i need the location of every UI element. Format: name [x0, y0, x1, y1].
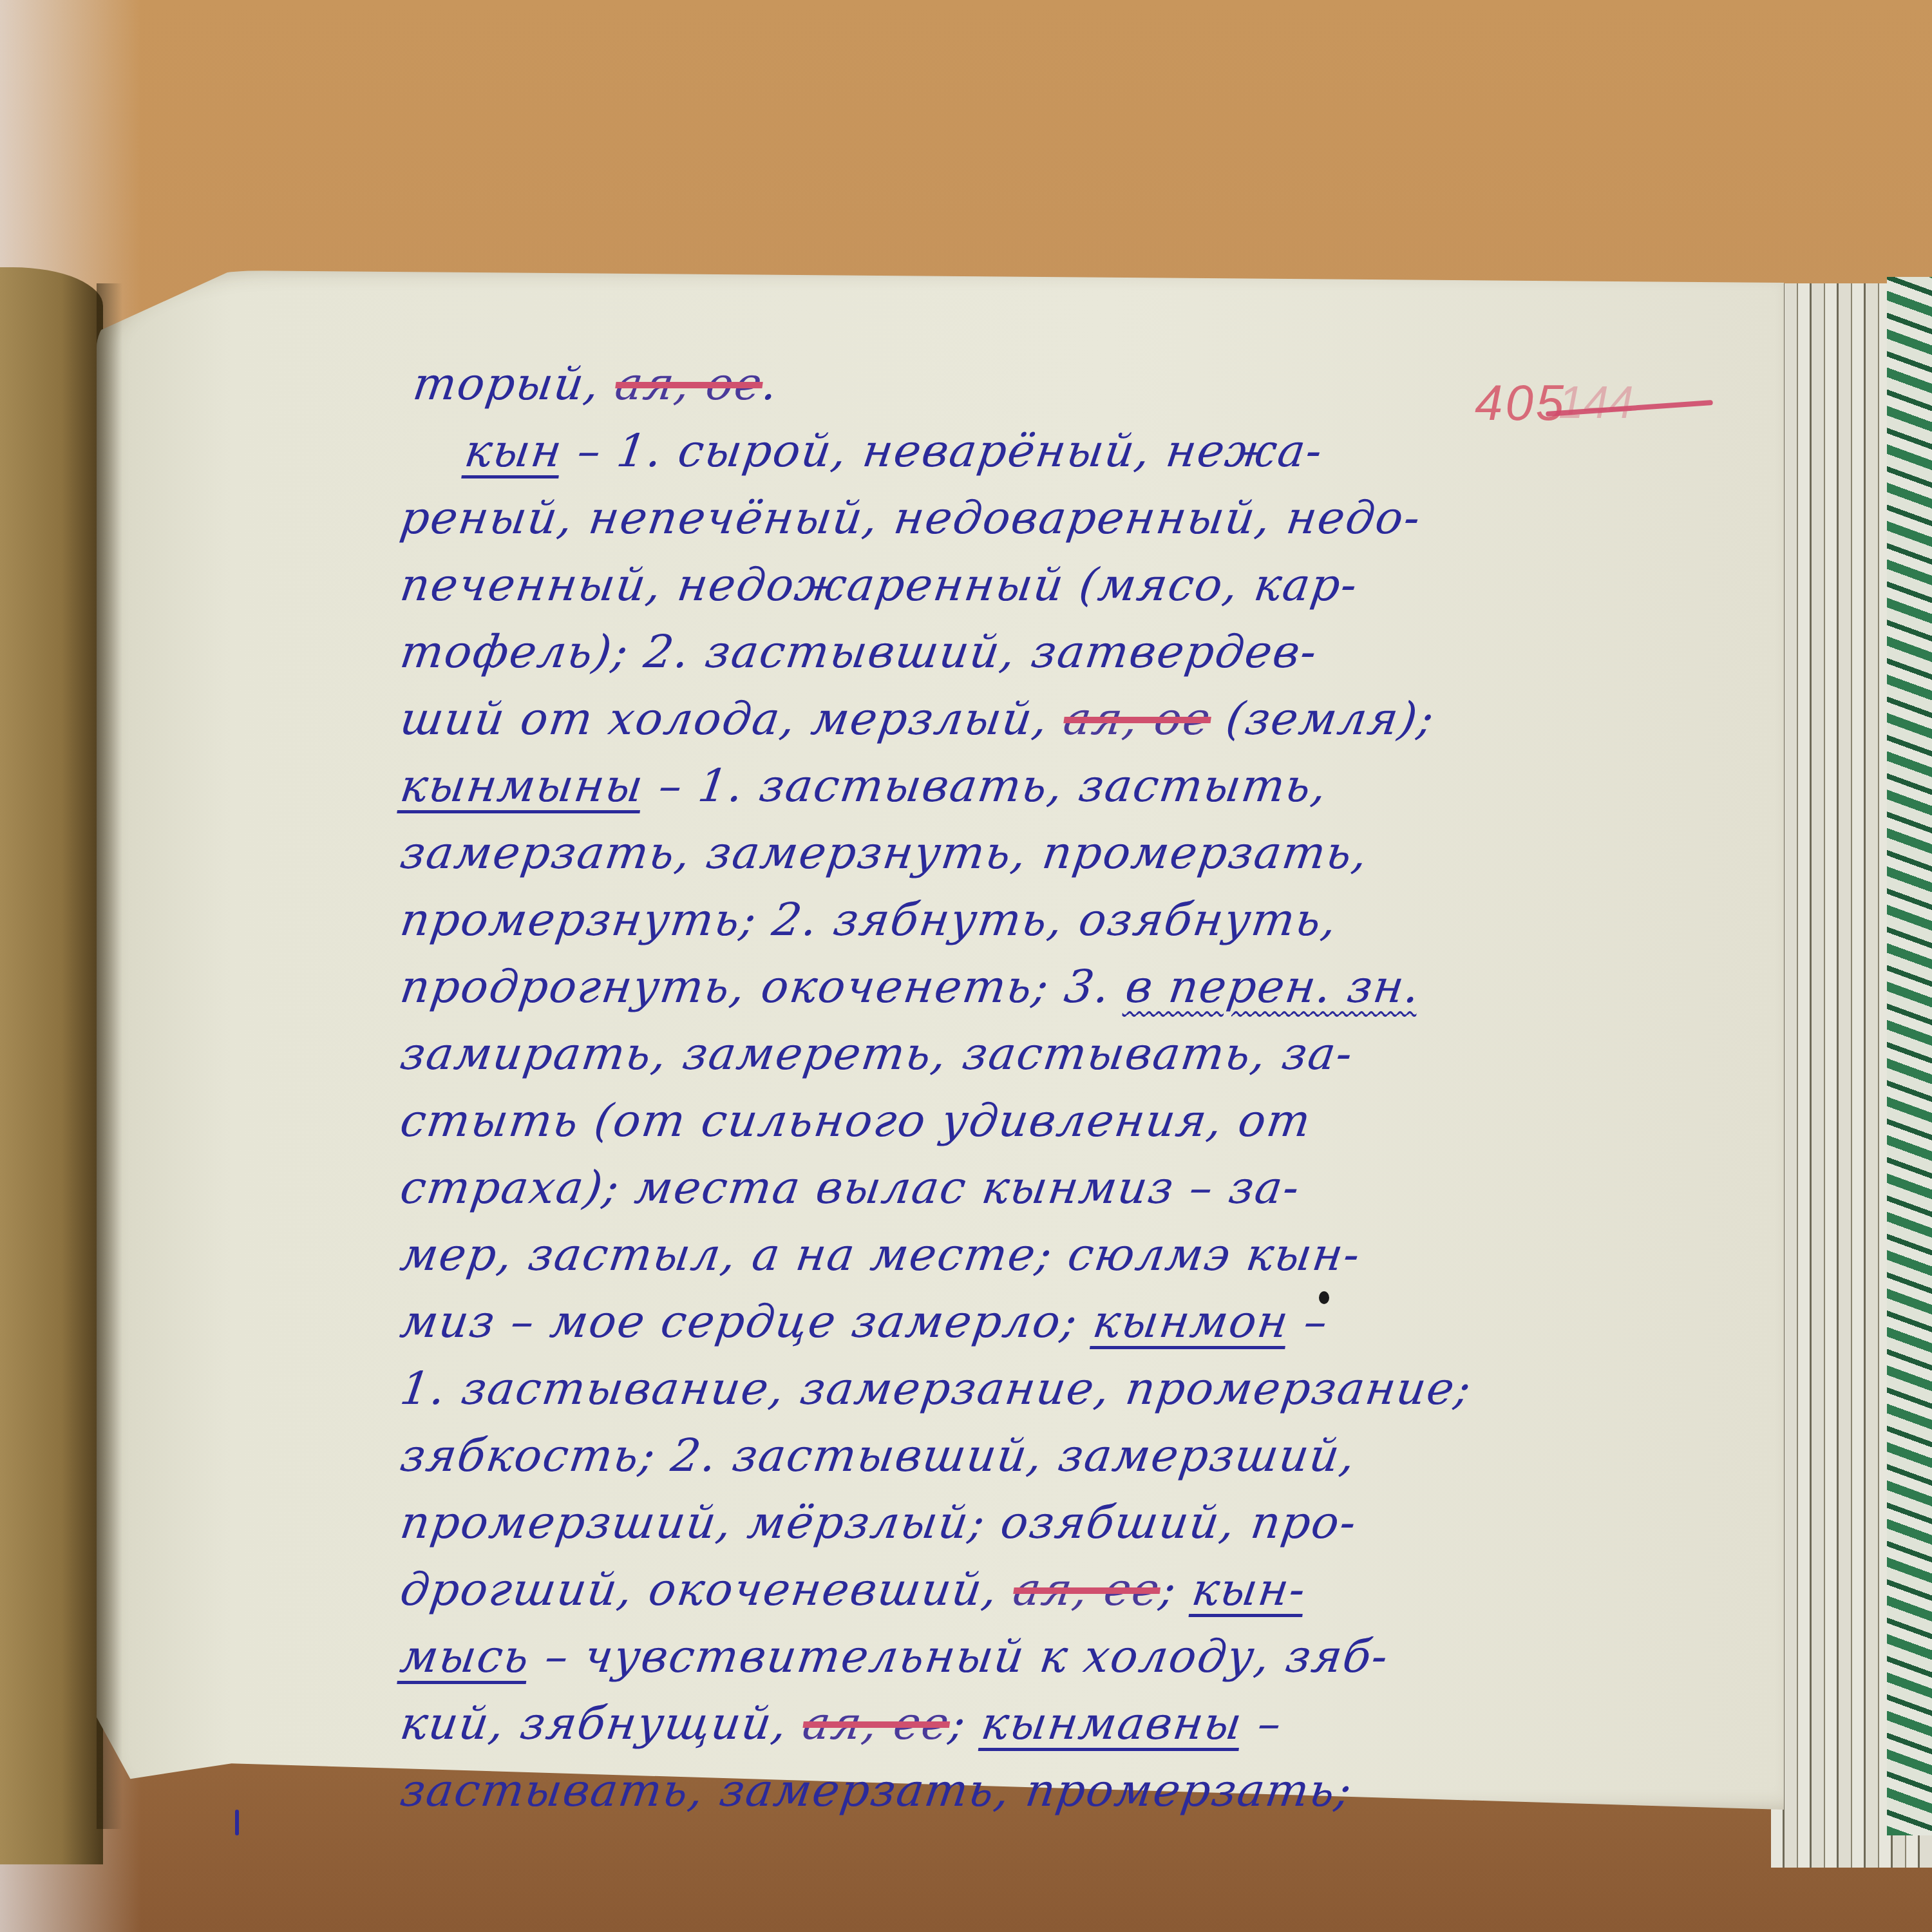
- text-line: страха); места вылас кынмиз – за-: [395, 1164, 1783, 1231]
- text-line: мысь – чувствительный к холоду, зяб-: [395, 1633, 1783, 1700]
- headword: мысь: [397, 1630, 533, 1683]
- gutter-shadow: [97, 283, 122, 1829]
- text-segment: торый: [410, 357, 588, 410]
- text-line: застывать, замерзать, промерзать;: [395, 1767, 1783, 1834]
- text-segment: промерзший, мёрзлый; озябший, про-: [397, 1496, 1360, 1549]
- text-segment: реный, непечёный, недоваренный, недо-: [397, 491, 1424, 544]
- text-line: зябкость; 2. застывший, замерзший,: [395, 1432, 1783, 1499]
- text-line: стыть (от сильного удивления, от: [395, 1097, 1783, 1164]
- text-segment: замерзать, замерзнуть, промерзать,: [397, 826, 1372, 879]
- text-segment: – 1. сырой, неварёный, нежа-: [558, 424, 1326, 477]
- text-line: ший от холода, мерзлый, ая, ое (земля);: [395, 696, 1783, 762]
- struck-text: ая, ее: [1010, 1563, 1164, 1616]
- text-line: кын – 1. сырой, неварёный, нежа-: [459, 428, 1783, 495]
- text-line: мер, застыл, а на месте; сюлмэ кын-: [395, 1231, 1783, 1298]
- headword: кын: [461, 424, 565, 477]
- text-segment: кий, зябнущий,: [397, 1697, 807, 1750]
- text-line: тофель); 2. застывший, затвердев-: [395, 629, 1783, 696]
- text-line: кий, зябнущий, ая, ее; кынмавны –: [395, 1700, 1783, 1767]
- text-segment: промерзнуть; 2. зябнуть, озябнуть,: [397, 893, 1341, 946]
- text-line: 1. застывание, замерзание, промерзание;: [395, 1365, 1783, 1432]
- text-line: промерзший, мёрзлый; озябший, про-: [395, 1499, 1783, 1566]
- handwritten-text-block: торый, ая, ое. кын – 1. сырой, неварёный…: [412, 361, 1777, 1834]
- headword: кынмыны: [397, 759, 647, 812]
- text-segment: – чувствительный к холоду, зяб-: [526, 1630, 1392, 1683]
- text-segment: мер, застыл, а на месте; сюлмэ кын-: [397, 1228, 1364, 1281]
- text-segment: – 1. застывать, застыть,: [640, 759, 1331, 812]
- text-segment: страха); места вылас кынмиз – за-: [397, 1161, 1303, 1214]
- text-segment: замирать, замереть, застывать, за-: [397, 1027, 1356, 1080]
- text-segment: дрогший, окоченевший,: [397, 1563, 1018, 1616]
- text-segment: ший от холода, мерзлый,: [397, 692, 1068, 745]
- struck-text: ая, ее: [800, 1697, 954, 1750]
- text-line: печенный, недожаренный (мясо, кар-: [395, 562, 1783, 629]
- text-segment: –: [1285, 1295, 1332, 1348]
- text-line: миз – мое сердце замерло; кынмон –: [395, 1298, 1783, 1365]
- usage-note: в перен. зн.: [1122, 960, 1424, 1013]
- headword: кынмон: [1090, 1295, 1293, 1348]
- text-segment: (земля);: [1207, 692, 1439, 745]
- headword: кынмавны: [978, 1697, 1246, 1750]
- text-segment: тофель); 2. застывший, затвердев-: [397, 625, 1321, 678]
- text-segment: застывать, замерзать, промерзать;: [397, 1764, 1356, 1817]
- struck-text: ая, ое: [1061, 692, 1215, 745]
- struck-text: ая, ое: [612, 357, 766, 410]
- headword: кын-: [1189, 1563, 1310, 1616]
- text-line: дрогший, окоченевший, ая, ее; кын-: [395, 1566, 1783, 1633]
- text-segment: миз – мое сердце замерло;: [397, 1295, 1097, 1348]
- text-line: замирать, замереть, застывать, за-: [395, 1030, 1783, 1097]
- text-segment: стыть (от сильного удивления, от: [397, 1094, 1314, 1147]
- text-line: реный, непечёный, недоваренный, недо-: [395, 495, 1783, 562]
- text-segment: зябкость; 2. застывший, замерзший,: [397, 1429, 1359, 1482]
- marbled-endpaper: [1887, 277, 1932, 1835]
- margin-pen-mark: [235, 1810, 239, 1835]
- text-line: промерзнуть; 2. зябнуть, озябнуть,: [395, 896, 1783, 963]
- left-page-edge: [0, 267, 103, 1864]
- text-segment: –: [1239, 1697, 1286, 1750]
- text-line: торый, ая, ое.: [408, 361, 1783, 428]
- text-line: замерзать, замерзнуть, промерзать,: [395, 829, 1783, 896]
- text-line: продрогнуть, окоченеть; 3. в перен. зн.: [395, 963, 1783, 1030]
- text-line: кынмыны – 1. застывать, застыть,: [395, 762, 1783, 829]
- text-segment: 1. застывание, замерзание, промерзание;: [397, 1362, 1475, 1415]
- text-segment: продрогнуть, окоченеть; 3.: [397, 960, 1130, 1013]
- text-segment: печенный, недожаренный (мясо, кар-: [397, 558, 1361, 611]
